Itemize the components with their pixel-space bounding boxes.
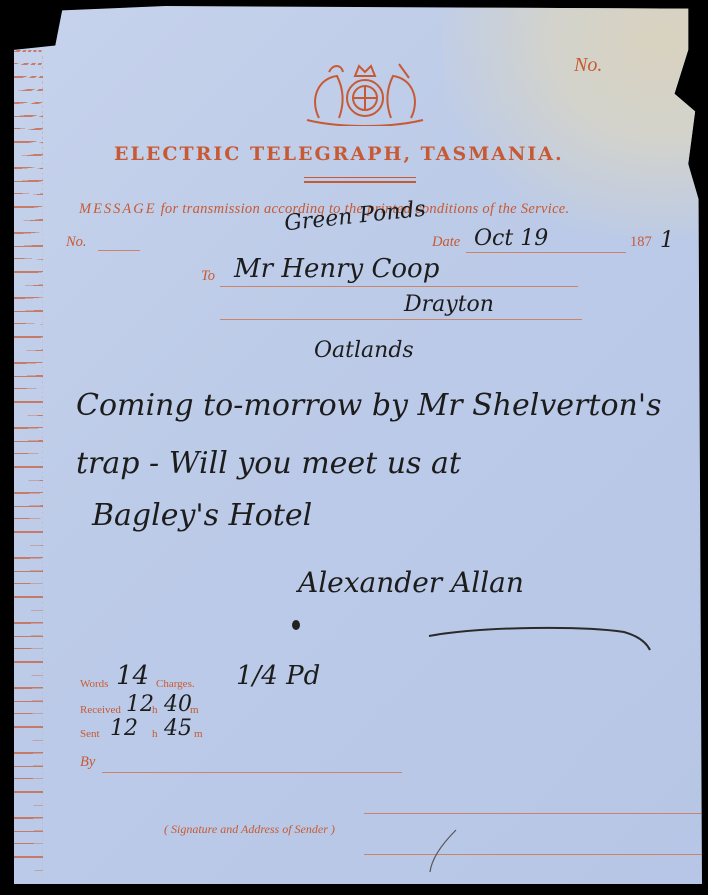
royal-coat-of-arms-icon <box>299 58 431 126</box>
form-number-label: No. <box>574 54 602 77</box>
received-h-label: h <box>152 704 158 716</box>
date-label: Date <box>432 234 460 251</box>
sender-signature: Alexander Allan <box>298 566 524 599</box>
by-label: By <box>80 754 95 771</box>
no-label: No. <box>66 234 87 251</box>
charges-label: Charges. <box>156 678 195 690</box>
recipient-address-line2: Drayton <box>404 292 494 317</box>
message-body-line: Coming to-morrow by Mr Shelverton's <box>76 388 661 423</box>
recipient-name: Mr Henry Coop <box>234 254 439 284</box>
sent-hours: 12 <box>110 716 138 741</box>
received-label: Received <box>80 704 121 716</box>
recipient-address-line3: Oatlands <box>314 338 414 363</box>
sent-minutes: 45 <box>164 716 192 741</box>
by-field-line <box>102 772 402 773</box>
year-handwritten: 1 <box>660 228 674 253</box>
to-label: To <box>201 268 215 285</box>
date-value: Oct 19 <box>474 226 548 251</box>
telegram-form: No. ELECTRIC TELEGRAPH, TASMANIA. MESSAG… <box>14 6 702 884</box>
decorative-scroll-border <box>14 46 43 876</box>
pen-stroke-mark <box>426 826 466 876</box>
received-minutes: 40 <box>164 692 192 717</box>
to-field-line-1 <box>220 286 578 287</box>
words-value: 14 <box>116 661 149 691</box>
form-title: ELECTRIC TELEGRAPH, TASMANIA. <box>114 143 564 165</box>
message-body-line: trap - Will you meet us at <box>76 446 461 481</box>
signature-flourish <box>424 618 654 658</box>
to-field-line-2 <box>220 319 582 320</box>
message-caption-cap: MESSAGE <box>79 201 157 217</box>
sender-line-2 <box>364 854 704 855</box>
received-m-label: m <box>190 704 199 716</box>
sender-caption: ( Signature and Address of Sender ) <box>164 822 335 837</box>
received-hours: 12 <box>126 692 154 717</box>
sent-label: Sent <box>80 728 100 740</box>
message-body-line: Bagley's Hotel <box>92 498 312 533</box>
words-label: Words <box>80 678 108 690</box>
year-printed: 187 <box>630 234 652 251</box>
sender-line-1 <box>364 813 704 814</box>
date-field-line <box>466 252 626 253</box>
sent-h-label: h <box>152 728 158 740</box>
title-underline <box>304 177 416 183</box>
ink-blot <box>292 620 300 630</box>
no-field-line <box>98 250 140 251</box>
charges-value: 1/4 Pd <box>236 661 320 691</box>
sent-m-label: m <box>194 728 203 740</box>
